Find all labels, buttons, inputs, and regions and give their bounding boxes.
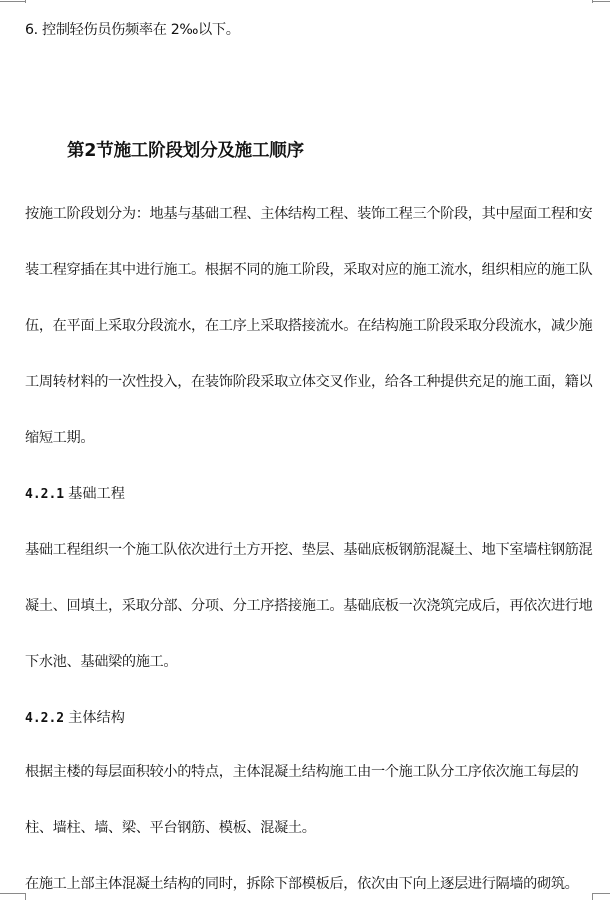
subsection-heading-4-2-2: 4.2.2主体结构	[25, 709, 125, 728]
crop-mark-bottom-left-h	[0, 893, 25, 894]
subsection-number: 4.2.1	[25, 487, 64, 502]
crop-mark-top-right-v	[592, 0, 593, 3]
subsection-heading-4-2-1: 4.2.1基础工程	[25, 485, 125, 504]
subsection-title: 基础工程	[68, 486, 125, 502]
subsection-title: 主体结构	[68, 710, 125, 726]
crop-mark-top-left-h	[0, 1, 25, 2]
crop-mark-bottom-left-v	[25, 893, 26, 900]
document-page: 6. 控制轻伤员伤频率在 2‰以下。 第2节施工阶段划分及施工顺序 按施工阶段划…	[0, 0, 610, 900]
paragraph-line: 按施工阶段划分为：地基与基础工程、主体结构工程、装饰工程三个阶段，其中屋面工程和…	[25, 205, 592, 223]
paragraph-line: 基础工程组织一个施工队依次进行土方开挖、垫层、基础底板钢筋混凝土、地下室墙柱钢筋…	[25, 541, 592, 559]
crop-mark-bottom-right-v	[592, 893, 593, 900]
paragraph-line: 伍，在平面上采取分段流水，在工序上采取搭接流水。在结构施工阶段采取分段流水，减少…	[25, 317, 592, 335]
crop-mark-top-left-v	[25, 0, 26, 3]
paragraph-line: 装工程穿插在其中进行施工。根据不同的施工阶段，采取对应的施工流水，组织相应的施工…	[25, 261, 592, 279]
paragraph-line: 柱、墙柱、墙、梁、平台钢筋、模板、混凝土。	[25, 819, 316, 837]
paragraph-line: 缩短工期。	[25, 429, 94, 447]
section-heading: 第2节施工阶段划分及施工顺序	[67, 140, 304, 162]
paragraph-line: 工周转材料的一次性投入，在装饰阶段采取立体交叉作业，给各工种提供充足的施工面，籍…	[25, 373, 592, 391]
crop-mark-top-right-h	[592, 1, 610, 2]
subsection-number: 4.2.2	[25, 711, 64, 726]
crop-mark-bottom-right-h	[592, 893, 610, 894]
list-item-6: 6. 控制轻伤员伤频率在 2‰以下。	[25, 21, 240, 39]
paragraph-line: 下水池、基础梁的施工。	[25, 653, 177, 671]
paragraph-line: 在施工上部主体混凝土结构的同时，拆除下部模板后，依次由下向上逐层进行隔墙的砌筑。	[25, 875, 579, 893]
paragraph-line: 凝土、回填土，采取分部、分项、分工序搭接施工。基础底板一次浇筑完成后，再依次进行…	[25, 597, 592, 615]
paragraph-line: 根据主楼的每层面积较小的特点，主体混凝土结构施工由一个施工队分工序依次施工每层的	[25, 763, 579, 781]
